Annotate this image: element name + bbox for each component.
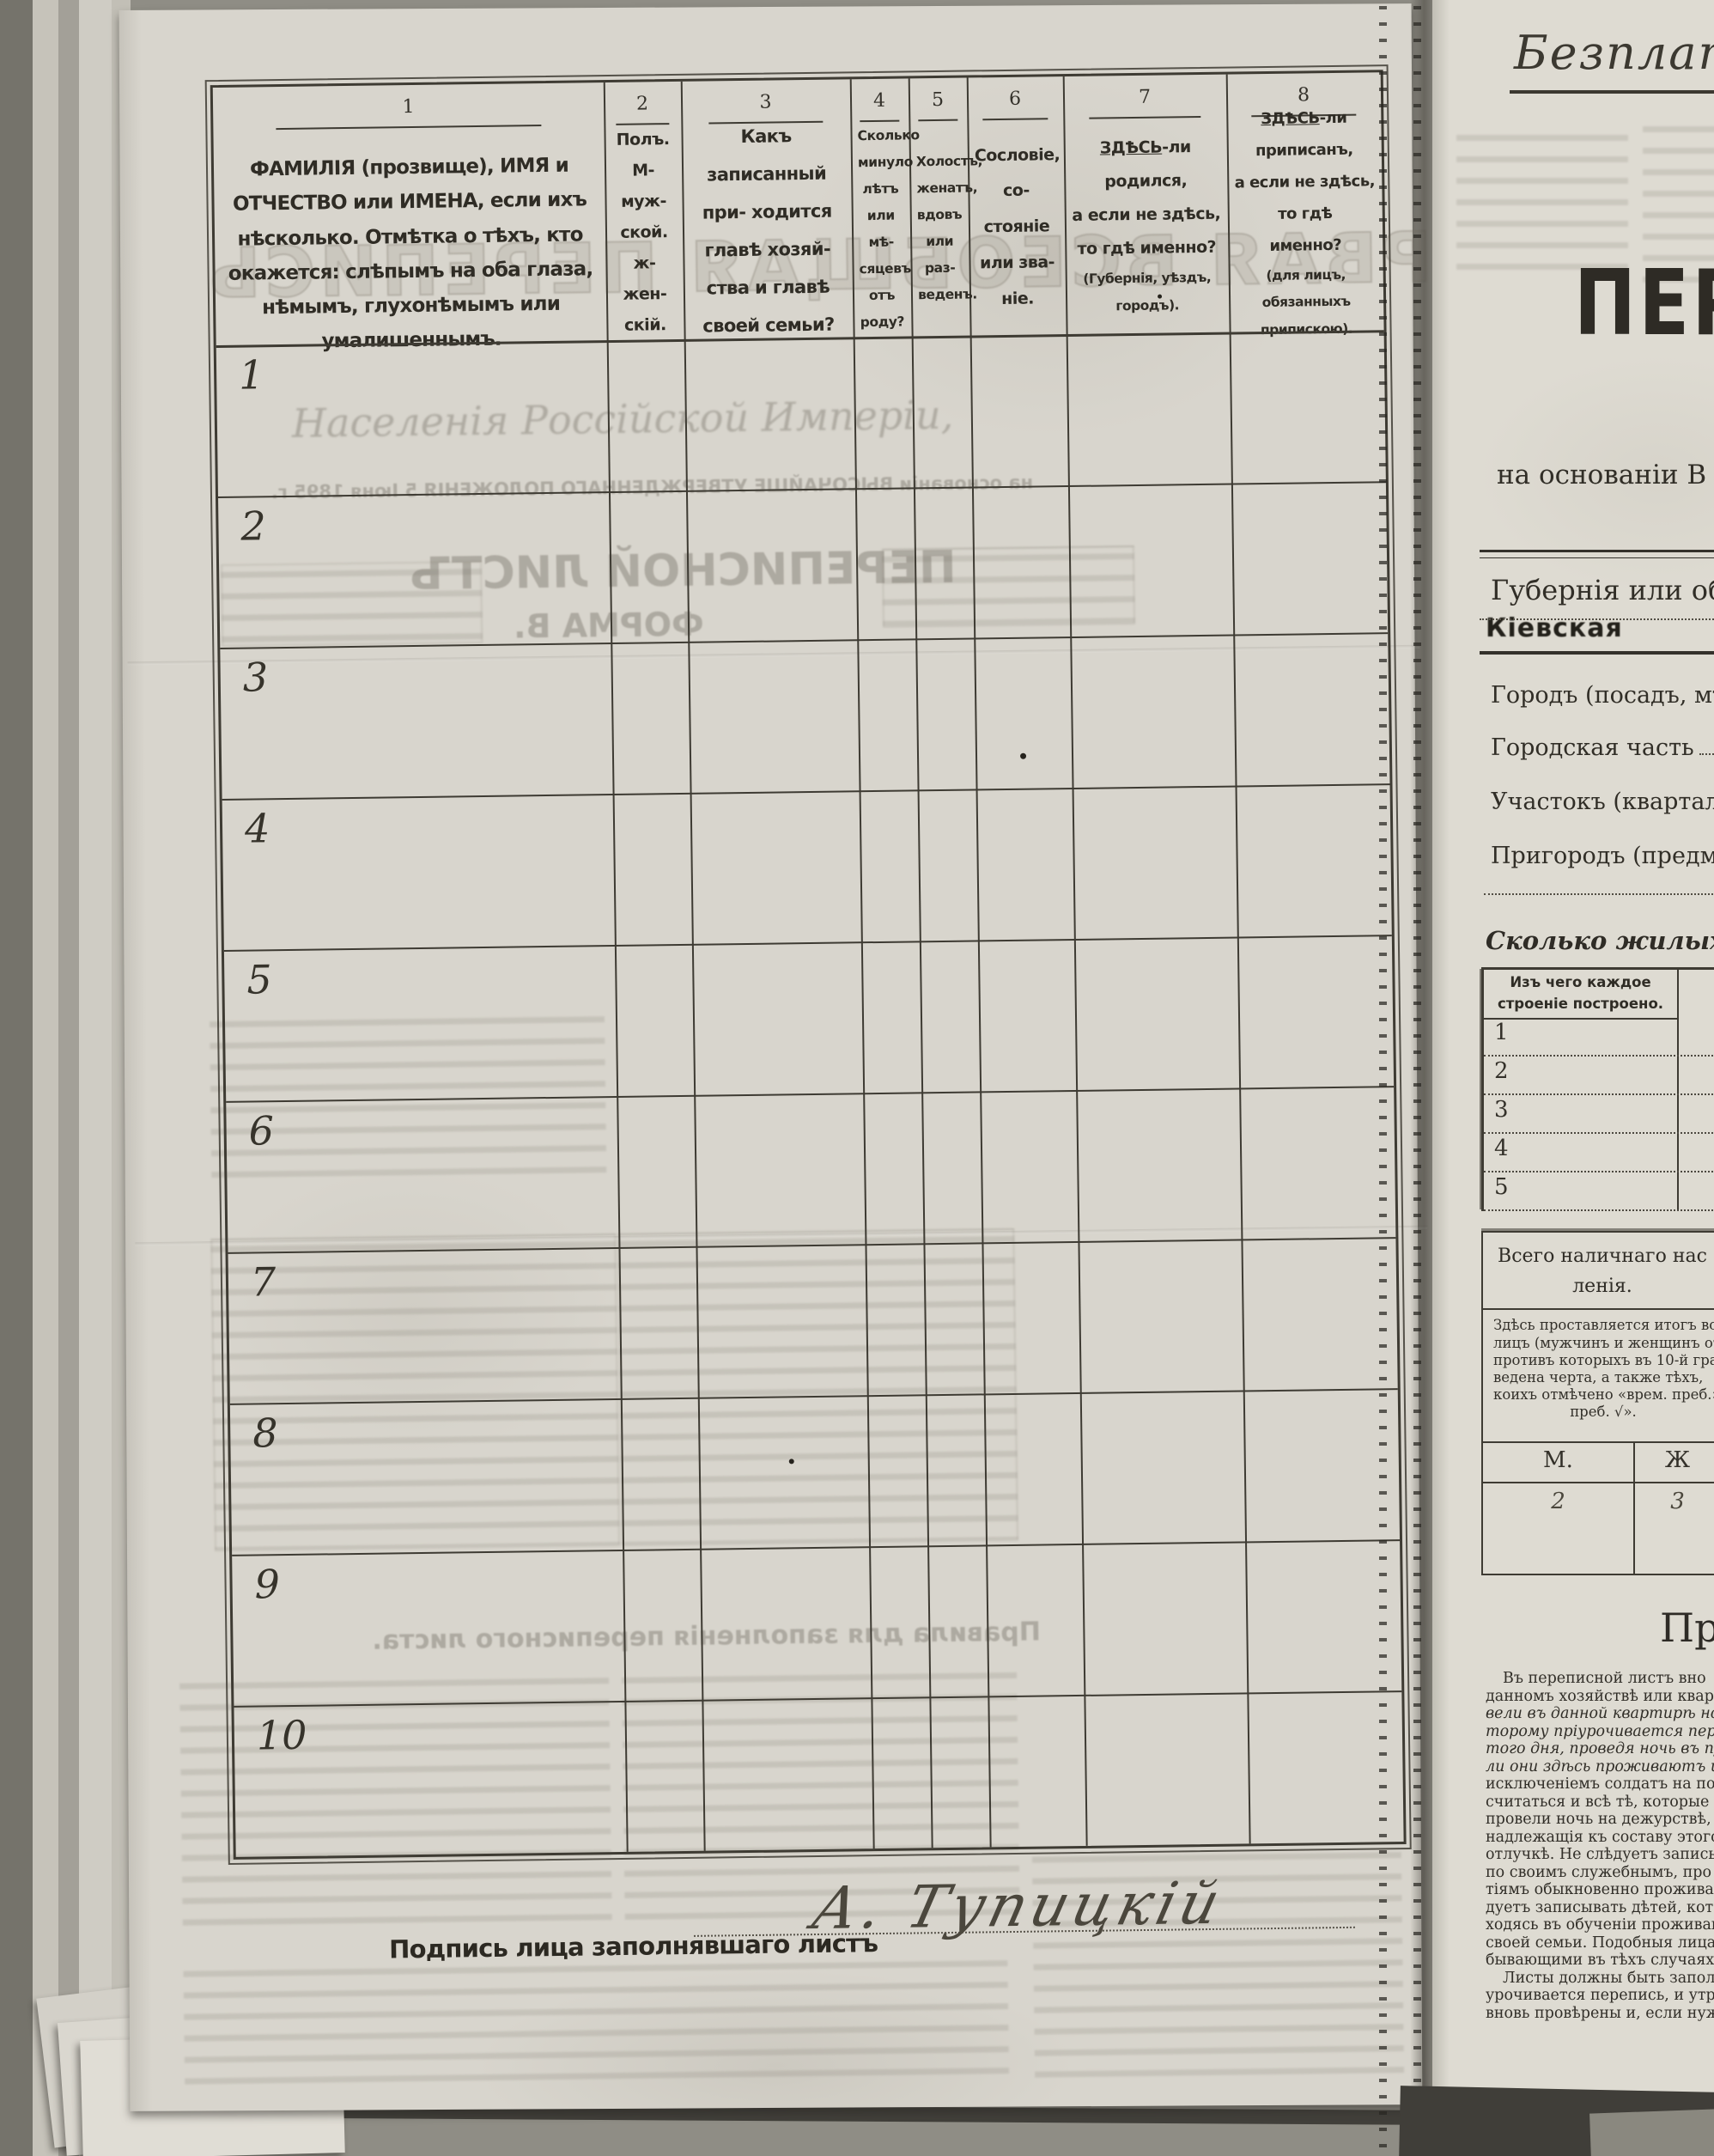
- column-number: 2: [604, 82, 682, 125]
- row-number: 5: [246, 956, 272, 1002]
- column-divider: [850, 79, 875, 1848]
- female-count-handwriting: 3: [1633, 1489, 1714, 1514]
- row-divider: [226, 1086, 1394, 1103]
- header-line: (для лицъ, обязанныхъ: [1236, 261, 1377, 318]
- box-divider: [1483, 1482, 1714, 1483]
- free-of-charge-script: Безплатно: [1514, 26, 1714, 80]
- row-number: 3: [242, 654, 268, 700]
- table-header-sex: Полъ. М-муж-ской. ж-жен-скій.: [604, 125, 684, 340]
- scan-gray-wedge: [1589, 2109, 1714, 2156]
- plot-label: Участокъ (кварталъ): [1491, 789, 1714, 815]
- row-number: 9: [254, 1561, 280, 1607]
- dotted-line: [1480, 618, 1714, 620]
- male-count-handwriting: 2: [1483, 1489, 1633, 1514]
- dotted-line: [1699, 738, 1714, 755]
- buildings-heading: Сколько жилыхъ стро: [1486, 926, 1714, 955]
- sex-header-row: М. Ж: [1483, 1447, 1714, 1473]
- column-divider: [604, 82, 629, 1852]
- sheet-title-fragment: ПЕРЕ: [1574, 251, 1714, 356]
- table-row: 1: [1484, 1018, 1714, 1057]
- table-header-marital: Холостъ, женатъ, вдовъ или раз- веденъ.: [909, 121, 969, 337]
- header-line: именно?: [1235, 229, 1376, 263]
- row-divider: [234, 1690, 1401, 1708]
- header-line: ЗДѢСЬ-ли приписанъ,: [1233, 102, 1375, 167]
- row-divider: [222, 783, 1390, 801]
- column-number: 7: [1063, 75, 1227, 119]
- census-form-back-page: ПЕРВАЯ ВСЕОБЩАЯ ПЕРЕПИСЬ Населенія Россі…: [119, 3, 1423, 2111]
- dotted-line: [1484, 893, 1714, 895]
- district-field: Городская часть: [1491, 734, 1714, 761]
- horizontal-rule: [1480, 550, 1714, 558]
- spine-dash-strip: [1413, 0, 1421, 2156]
- row-divider: [224, 935, 1392, 952]
- free-underline: [1510, 90, 1714, 94]
- table-header-registration: ЗДѢСЬ-ли приписанъ, а если не здѣсь, то …: [1226, 115, 1383, 332]
- page-edge-strip: [79, 0, 112, 2156]
- table-header-relation: Какъ записанный при- ходится главѣ хозяй…: [681, 122, 853, 339]
- sex-value-row: 2 3: [1483, 1489, 1714, 1514]
- row-divider: [220, 632, 1388, 649]
- column-number: 6: [967, 76, 1064, 120]
- row-number: 6: [248, 1107, 274, 1154]
- table-row: 5: [1484, 1172, 1714, 1211]
- table-row: 2: [1484, 1057, 1714, 1095]
- spine-dash-strip: [1379, 0, 1387, 2156]
- header-line: то гдѣ именно?: [1072, 231, 1221, 266]
- province-label: Губернія или облас: [1491, 574, 1714, 606]
- suburb-field: Пригородъ (предмѣстье, при: [1491, 843, 1714, 869]
- table-header-birthplace: ЗДѢСЬ-ли родился, а если не здѣсь, то гд…: [1063, 118, 1229, 334]
- header-line: Полъ.: [611, 124, 674, 155]
- header-line: М-муж-ской.: [611, 155, 676, 248]
- table-header-estate: Сословіе, со- стояніе или зва- ніе.: [967, 119, 1066, 335]
- table-row: 4: [1484, 1134, 1714, 1172]
- female-header: Ж: [1633, 1447, 1714, 1473]
- city-field: Городъ (посадъ, мѣстечко) Кі: [1491, 680, 1714, 709]
- buildings-col-header: Изъ чего каждое строеніе построено.: [1484, 970, 1677, 1020]
- row-number: 8: [252, 1410, 278, 1456]
- header-line: а если не здѣсь, то гдѣ: [1234, 166, 1376, 231]
- district-label: Городская часть: [1491, 734, 1694, 761]
- suburb-label: Пригородъ (предмѣстье, при: [1491, 843, 1714, 869]
- population-total-box: Всего наличнаго нас ленія. Здѣсь простав…: [1481, 1231, 1714, 1575]
- row-divider: [232, 1539, 1400, 1556]
- row-divider: [230, 1388, 1398, 1405]
- row-number: 2: [240, 502, 266, 549]
- population-note: Здѣсь проставляется итогъ всѣ лицъ (мужч…: [1483, 1310, 1714, 1421]
- column-number: 4: [850, 78, 909, 122]
- scan-edge-strip: [0, 0, 33, 2156]
- buildings-table: Изъ чего каждое строеніе построено. 1 2 …: [1481, 967, 1714, 1211]
- header-line: а если не здѣсь,: [1072, 198, 1221, 233]
- column-divider: [1063, 76, 1088, 1846]
- ghost-text-block: [183, 1954, 1009, 2094]
- rules-heading-fragment: Пр: [1660, 1605, 1714, 1651]
- header-line: ЗДѢСЬ-ли родился,: [1071, 131, 1221, 199]
- column-divider: [681, 82, 706, 1851]
- table-row: 3: [1484, 1095, 1714, 1134]
- scanned-census-document: { "left_page": { "table": { "column_numb…: [0, 0, 1714, 2156]
- plot-field: Участокъ (кварталъ): [1491, 789, 1714, 815]
- male-header: М.: [1483, 1447, 1633, 1473]
- page-edge-strip: [58, 0, 79, 2156]
- census-form-cover-page: Безплатно ПЕРЕ на основаніи В Губернія и…: [1432, 0, 1714, 2156]
- row-divider: [228, 1237, 1396, 1254]
- horizontal-rule: [1480, 651, 1714, 655]
- basis-line: на основаніи В: [1497, 460, 1706, 490]
- table-header-name: ФАМИЛІЯ (прозвище), ИМЯ и ОТЧЕСТВО или И…: [213, 125, 606, 345]
- table-header-age: Сколько минуло лѣтъ или мѣ- сяцевъ отъ р…: [850, 121, 911, 337]
- row-number: 7: [251, 1258, 277, 1305]
- row-number: 1: [239, 351, 264, 398]
- row-number: 10: [257, 1712, 307, 1759]
- city-label: Городъ (посадъ, мѣстечко): [1491, 682, 1714, 709]
- census-table: 1 2 3 4 5 6 7 8 ФАМИЛІЯ (прозвище), ИМЯ …: [210, 70, 1407, 1860]
- rules-paragraph: Въ переписной листъ вно данномъ хозяйств…: [1486, 1670, 1714, 2022]
- row-number: 4: [245, 805, 270, 851]
- column-number: 1: [213, 82, 605, 131]
- row-divider: [218, 481, 1386, 498]
- column-divider: [909, 78, 933, 1848]
- header-line: (Губернія, уѣздъ, городъ).: [1073, 265, 1223, 321]
- header-line: ж-жен-скій.: [612, 247, 677, 341]
- column-divider: [967, 78, 992, 1848]
- population-title: Всего наличнаго нас ленія.: [1483, 1233, 1714, 1301]
- signature-handwriting: А. Тупицкій: [805, 1870, 1230, 1943]
- column-number: 5: [909, 78, 968, 122]
- box-divider: [1483, 1441, 1714, 1443]
- page-edge-strip: [33, 0, 58, 2156]
